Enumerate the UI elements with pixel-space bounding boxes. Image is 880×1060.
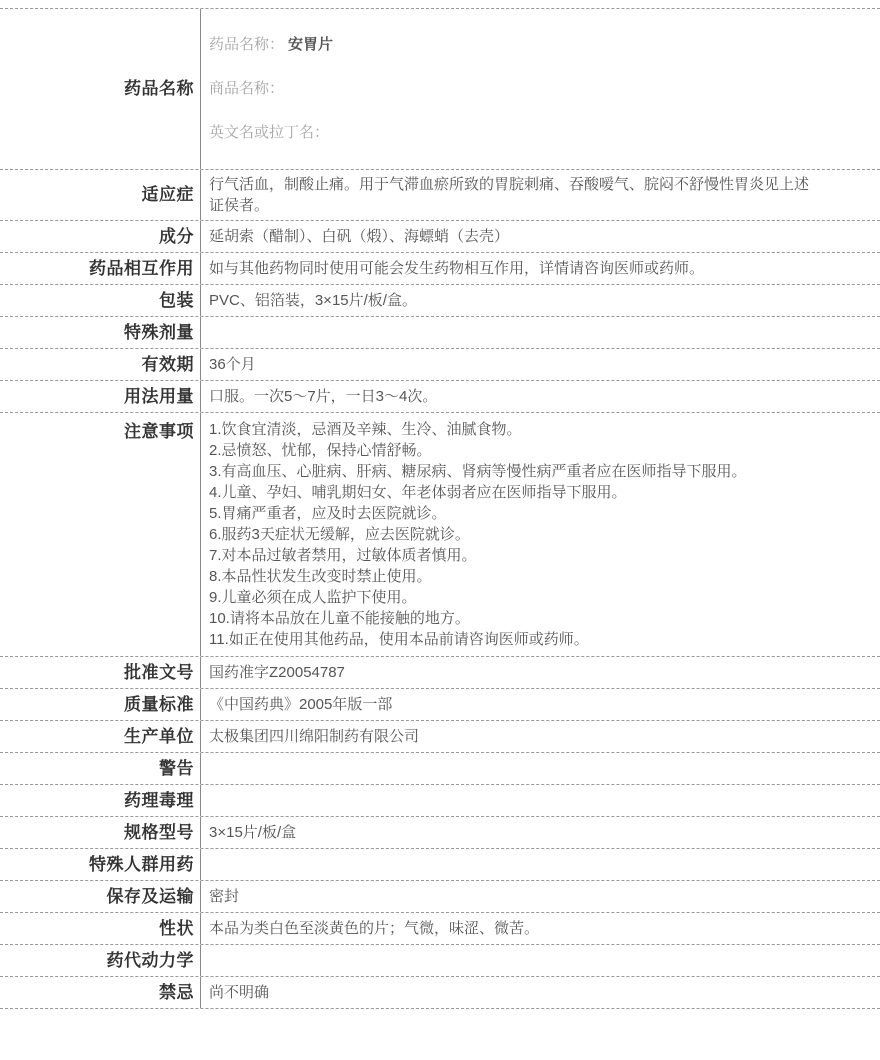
row-label: 禁忌: [0, 977, 200, 1008]
row-value-drug-name: 药品名称：安胃片 商品名称： 英文名或拉丁名：: [200, 9, 880, 169]
table-row-warning: 警告: [0, 753, 880, 785]
table-row-manufacturer: 生产单位 太极集团四川绵阳制药有限公司: [0, 721, 880, 753]
row-value: 延胡索（醋制）、白矾（煅）、海螵蛸（去壳）: [200, 221, 880, 252]
row-value: [200, 785, 880, 816]
table-row-shelf-life: 有效期 36个月: [0, 349, 880, 381]
row-value: 行气活血，制酸止痛。用于气滞血瘀所致的胃脘刺痛、吞酸嗳气、脘闷不舒慢性胃炎见上述…: [200, 170, 880, 220]
row-label: 成分: [0, 221, 200, 252]
row-label: 药理毒理: [0, 785, 200, 816]
row-label: 特殊人群用药: [0, 849, 200, 880]
table-row-specification: 规格型号 3×15片/板/盒: [0, 817, 880, 849]
row-label: 包装: [0, 285, 200, 316]
table-row-dosage: 用法用量 口服。一次5～7片，一日3～4次。: [0, 381, 880, 413]
table-row-indications: 适应症 行气活血，制酸止痛。用于气滞血瘀所致的胃脘刺痛、吞酸嗳气、脘闷不舒慢性胃…: [0, 170, 880, 221]
table-row-storage: 保存及运输 密封: [0, 881, 880, 913]
table-row-ingredients: 成分 延胡索（醋制）、白矾（煅）、海螵蛸（去壳）: [0, 221, 880, 253]
table-row-description: 性状 本品为类白色至淡黄色的片；气微，味涩、微苦。: [0, 913, 880, 945]
row-label: 保存及运输: [0, 881, 200, 912]
row-value: 尚不明确: [200, 977, 880, 1008]
row-label: 用法用量: [0, 381, 200, 412]
row-label: 适应症: [0, 170, 200, 220]
drug-name-line: 药品名称：安胃片: [209, 34, 870, 56]
row-value: 《中国药典》2005年版一部: [200, 689, 880, 720]
row-value: 本品为类白色至淡黄色的片；气微，味涩、微苦。: [200, 913, 880, 944]
table-row-packaging: 包装 PVC、铝箔装，3×15片/板/盒。: [0, 285, 880, 317]
row-value: [200, 849, 880, 880]
row-value: PVC、铝箔装，3×15片/板/盒。: [200, 285, 880, 316]
row-label: 批准文号: [0, 657, 200, 688]
table-row-contraindications: 禁忌 尚不明确: [0, 977, 880, 1009]
table-row-pharmacokinetics: 药代动力学: [0, 945, 880, 977]
row-value: 如与其他药物同时使用可能会发生药物相互作用，详情请咨询医师或药师。: [200, 253, 880, 284]
row-label: 注意事项: [0, 413, 200, 656]
row-value: 太极集团四川绵阳制药有限公司: [200, 721, 880, 752]
row-value: 密封: [200, 881, 880, 912]
field-key-english-name: 英文名或拉丁名：: [209, 124, 329, 141]
row-value: [200, 317, 880, 348]
row-value: 1.饮食宜清淡，忌酒及辛辣、生冷、油腻食物。 2.忌愤怒、忧郁，保持心情舒畅。 …: [200, 413, 880, 656]
row-value: 3×15片/板/盒: [200, 817, 880, 848]
row-label: 特殊剂量: [0, 317, 200, 348]
field-key-drug-name: 药品名称：: [209, 36, 284, 53]
drug-name-value: 安胃片: [288, 36, 333, 53]
row-label: 警告: [0, 753, 200, 784]
table-row-precautions: 注意事项 1.饮食宜清淡，忌酒及辛辣、生冷、油腻食物。 2.忌愤怒、忧郁，保持心…: [0, 413, 880, 657]
row-label: 生产单位: [0, 721, 200, 752]
table-row-drug-name: 药品名称 药品名称：安胃片 商品名称： 英文名或拉丁名：: [0, 9, 880, 170]
row-label: 药代动力学: [0, 945, 200, 976]
table-row-pharmacology-toxicology: 药理毒理: [0, 785, 880, 817]
drug-info-table: 药品名称 药品名称：安胃片 商品名称： 英文名或拉丁名： 适应症 行气活血，制酸…: [0, 8, 880, 1009]
table-row-approval-number: 批准文号 国药准字Z20054787: [0, 657, 880, 689]
row-label-drug-name: 药品名称: [0, 9, 200, 169]
row-value: [200, 945, 880, 976]
table-row-quality-standard: 质量标准 《中国药典》2005年版一部: [0, 689, 880, 721]
row-value: [200, 753, 880, 784]
table-row-special-populations: 特殊人群用药: [0, 849, 880, 881]
table-row-special-dosage: 特殊剂量: [0, 317, 880, 349]
english-name-line: 英文名或拉丁名：: [209, 122, 870, 144]
row-label: 质量标准: [0, 689, 200, 720]
trade-name-line: 商品名称：: [209, 78, 870, 100]
row-label: 有效期: [0, 349, 200, 380]
row-value: 口服。一次5～7片，一日3～4次。: [200, 381, 880, 412]
row-label: 性状: [0, 913, 200, 944]
row-value: 国药准字Z20054787: [200, 657, 880, 688]
row-value: 36个月: [200, 349, 880, 380]
table-row-interactions: 药品相互作用 如与其他药物同时使用可能会发生药物相互作用，详情请咨询医师或药师。: [0, 253, 880, 285]
field-key-trade-name: 商品名称：: [209, 80, 284, 97]
row-label: 规格型号: [0, 817, 200, 848]
row-label: 药品相互作用: [0, 253, 200, 284]
